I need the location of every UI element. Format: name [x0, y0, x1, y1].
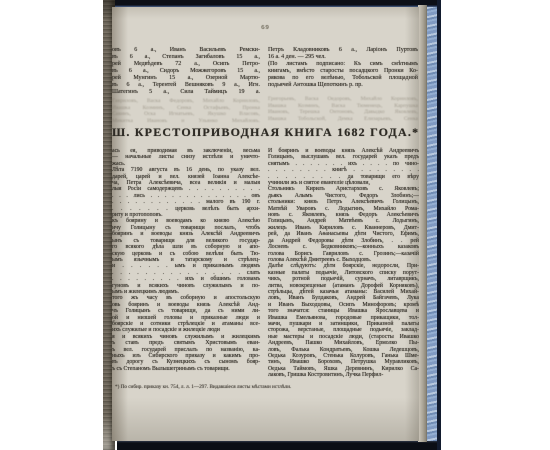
- marbled-cover-edge: [427, 7, 437, 441]
- top-left-column: овъ 6 а., Иванъ Васильевъ Ремски-въ 6 а.…: [112, 47, 260, 96]
- book-page: 69 овъ 6 а., Иванъ Васильевъ Ремски-въ 6…: [112, 7, 419, 441]
- paragraph: Лѣта 7190 августа въ 16 день, по указу в…: [112, 167, 260, 218]
- text-line: Гавриловъ, Васка Федоровъ, Михайло Корни…: [112, 98, 260, 105]
- text-line: въ 6 а., Степанъ Загибаловъ 15 а.,: [112, 54, 260, 61]
- text-line: . . . . . . . . . . . . малого въ 190 г.: [112, 199, 260, 205]
- text-line: рей Мунгинъ 15 а., Озерной Мартю-: [112, 75, 260, 82]
- text-line: лыя Росіи самодержцевъ . . . . . . . . .…: [112, 186, 260, 192]
- cover-board-edge: [437, 0, 441, 450]
- text-line: подьячей Антошка Щепоткинъ р. пр.: [268, 82, 418, 89]
- text-line: рей, да Иванъ Аѳанасьевы дѣти Чистого, Е…: [268, 231, 419, 237]
- footnote: *) По сибир. приказу кн. 754, л. л. 1—29…: [115, 384, 365, 390]
- text-line: рей Медвѣдевъ 72 а., Осипъ Петро-: [112, 61, 260, 68]
- text-line: гуновъ и всякихъ чиновъ служилымъ и по-: [112, 283, 260, 289]
- text-line: Микитка Ивановъ и Ульянко Михайловъ.: [112, 118, 260, 125]
- text-line: . . . . . . . . . ихъ и обшимъ головамъ: [112, 276, 260, 282]
- text-line: того значатся: станицы Ивашка Ярославцев…: [268, 308, 419, 314]
- text-line: чикъ, ротной подьячій, сурначъ, литаврщи…: [268, 276, 419, 282]
- page-block-fore-edge: [418, 5, 427, 442]
- text-line: въ 6 а., Терентей Вешняковъ 9 а., Игн.: [112, 82, 260, 89]
- text-line: 16 а. 4 ден. — 295 чел.: [268, 54, 418, 61]
- text-line: ловъ, Иванъ Булдаковъ, Андрей Байгачевъ,…: [268, 295, 419, 301]
- text-line: и . . . . . . ымъ и приказнымъ людямъ: [112, 263, 260, 269]
- text-line: бояринъ и воеводы князь Алексѣй Андрееви…: [112, 231, 260, 237]
- text-line: го всякого дѣла шли въ соборную и апо-: [112, 244, 260, 250]
- page-number: 69: [112, 24, 419, 31]
- paragraph: Далѣе слѣдуютъ: дѣти боярскіе, недоросли…: [268, 263, 419, 378]
- text-line: Далѣе слѣдуютъ: дѣти боярскіе, недоросли…: [268, 263, 419, 269]
- text-line: Андреевъ, Пашко Михайловъ, Ермолко Пы-: [268, 340, 419, 346]
- paragraph: ась ея, приводимая въ заключеніи, весьма…: [112, 148, 260, 167]
- chapter-heading: Ш. КРЕСТОПРИВОДНАЯ КНИГА 1682 ГОДА.*): [112, 125, 419, 140]
- text-line: въ дорогу съ Кузнецкихъ съ сыномъ бояр-: [112, 359, 260, 365]
- text-line: Ивашка Тобольской, Демка Елизарьевъ, Сен…: [268, 116, 418, 123]
- body-right-column: И бояринъ и воеводы князь Алексѣй Андрее…: [268, 148, 419, 379]
- text-line: Голицынъ, Андрей Матвѣевъ с. Лодыгинъ,: [268, 218, 419, 224]
- text-line: къ боярину и воеводамъ ко князю Алексѣю: [112, 218, 260, 224]
- text-line: Григорьевъ, Васка Оедоровъ, Михайло Корн…: [268, 96, 418, 103]
- book-photo: 69 овъ 6 а., Иванъ Васильевъ Ремски-въ 6…: [103, 0, 441, 450]
- top-right-column: Петръ Кладовниковъ 6 а., Ларіонъ Пуртовъ…: [268, 47, 418, 89]
- text-line: (По листамъ подписано: Къ симъ смѣтнымъ: [268, 61, 418, 68]
- text-line: книгамъ, вмѣсто старосты посадцкого Прон…: [268, 68, 418, 75]
- text-line: Лѣта 7190 августа въ 16 день, по указу в…: [112, 167, 260, 173]
- text-line: Петръ Кладовниковъ 6 а., Ларіонъ Пуртовъ: [268, 47, 418, 54]
- text-line: того жъ часу въ соборную и апостольскую: [112, 295, 260, 301]
- text-line: литва, новокрещеные (атаманъ Дорофей Кор…: [268, 283, 419, 289]
- text-line: Ивановъ, Терешка Онтоновъ, Давыдко Яковл…: [268, 109, 418, 116]
- show-through-text-left: Гавриловъ, Васка Федоровъ, Михайло Корни…: [112, 98, 260, 124]
- book-photo-listing: 69 овъ 6 а., Иванъ Васильевъ Ремски-въ 6…: [0, 0, 550, 450]
- text-line: овъ 6 а., Иванъ Васильевъ Ремски-: [112, 47, 260, 54]
- text-line: ъ съ Степаномъ Вылышегринымъ съ товарищи…: [112, 366, 260, 372]
- paragraph: Петръ Кладовниковъ 6 а., Ларіонъ Пуртовъ…: [268, 47, 418, 61]
- text-line: . . . . . . . . книгѣ . . . . . . . . .: [268, 167, 419, 173]
- text-line: лаковъ, Гришка Костровитинъ, Лучка Перфи…: [268, 372, 419, 378]
- text-line: Савинъ, Оска Игнатьевъ, Якушко Власовъ,: [112, 111, 260, 118]
- text-line: ъ ставъ предъ святымъ Христовымъ еван-: [112, 340, 260, 346]
- text-line: стольники: князь Петръ Алексѣевичъ Голиц…: [268, 199, 419, 205]
- text-line: голова Борисъ Гавриловъ с. Грозинъ;—каза…: [268, 251, 419, 257]
- text-line: въ 6 а., Сидоръ Можжегоровъ 15 а.,: [112, 68, 260, 75]
- text-line: Лосневъ с. Бедковниковъ;—конныхъ казаков…: [268, 244, 419, 250]
- paragraph: Стольникъ Кирилъ Аристарховъ с. Яковлевъ…: [268, 186, 419, 263]
- text-line: Стольникъ Кирилъ Аристарховъ с. Яковлевъ…: [268, 186, 419, 192]
- paragraph: И бояринъ и воеводы князь Алексѣй Андрее…: [268, 148, 419, 186]
- paragraph: къ боярину и воеводамъ ко князю Алексѣюи…: [112, 218, 260, 295]
- paragraph: (По листамъ подписано: Къ симъ смѣтнымък…: [268, 61, 418, 89]
- text-line: тинъ, Ивашко Бороховъ, Петрушка Муравлик…: [268, 359, 419, 365]
- paragraph: того жъ часу въ соборную и апостольскуюо…: [112, 295, 260, 333]
- show-through-text-right: Григорьевъ, Васка Оедоровъ, Михайло Корн…: [268, 96, 418, 122]
- text-line: рякова по его велѣнью, Тобольской площад…: [268, 75, 418, 82]
- text-line: скую церковь и съ собою велѣли быть Тю-: [112, 251, 260, 257]
- text-line: сторожа, верстаные, площадные подьячіе, …: [268, 327, 419, 333]
- text-line: чъ Голицынъ съ товарищи, да съ ними ли-: [112, 308, 260, 314]
- body-left-column: ась ея, приводимая въ заключеніи, весьма…: [112, 148, 260, 372]
- text-line: Голицынъ, выслушавъ вел. государей указъ…: [268, 154, 419, 160]
- text-line: Шатегинъ 5 а., Сила Таймицъ 19 а.: [112, 89, 260, 96]
- text-line: — начальные листы снизу истлѣли и уничто…: [112, 154, 260, 160]
- paragraph: я и всякихъ чиновъ служилымъ и жилецкимъ…: [112, 334, 260, 372]
